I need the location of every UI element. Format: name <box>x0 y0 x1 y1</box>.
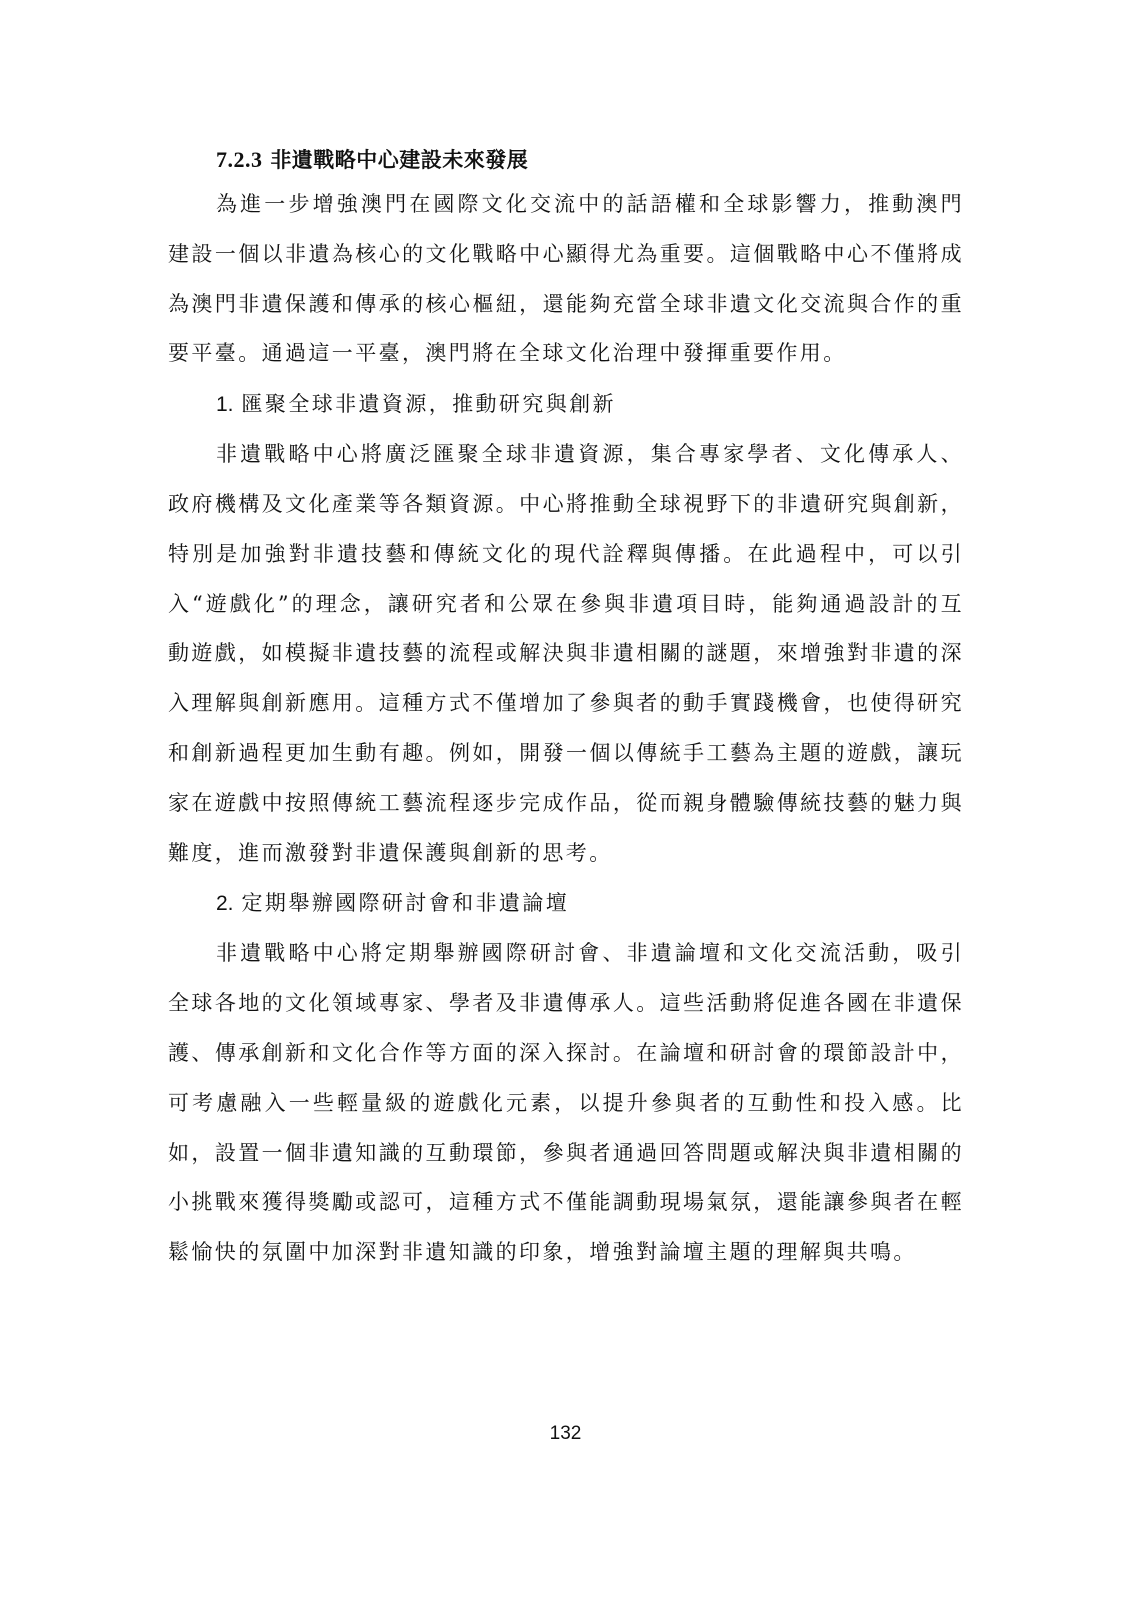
item-1-title-text: 匯聚全球非遺資源，推動研究與創新 <box>242 392 616 416</box>
item-2-number: 2. <box>216 892 234 915</box>
intro-paragraph: 為進一步增強澳門在國際文化交流中的話語權和全球影響力，推動澳門建設一個以非遺為核… <box>168 180 964 379</box>
document-page: 7.2.3 非遺戰略中心建設未來發展 為進一步增強澳門在國際文化交流中的話語權和… <box>168 140 964 1278</box>
item-2-paragraph: 非遺戰略中心將定期舉辦國際研討會、非遺論壇和文化交流活動，吸引全球各地的文化領域… <box>168 929 964 1278</box>
section-title: 非遺戰略中心建設未來發展 <box>270 147 528 172</box>
section-number: 7.2.3 <box>216 147 263 172</box>
item-2-title: 2.定期舉辦國際研討會和非遺論壇 <box>216 878 964 929</box>
section-heading: 7.2.3 非遺戰略中心建設未來發展 <box>216 140 964 180</box>
item-1-paragraph: 非遺戰略中心將廣泛匯聚全球非遺資源，集合專家學者、文化傳承人、政府機構及文化產業… <box>168 430 964 878</box>
item-1-number: 1. <box>216 393 234 416</box>
item-2-title-text: 定期舉辦國際研討會和非遺論壇 <box>242 891 570 915</box>
page-number: 132 <box>0 1423 1131 1445</box>
item-1-title: 1.匯聚全球非遺資源，推動研究與創新 <box>216 379 964 430</box>
